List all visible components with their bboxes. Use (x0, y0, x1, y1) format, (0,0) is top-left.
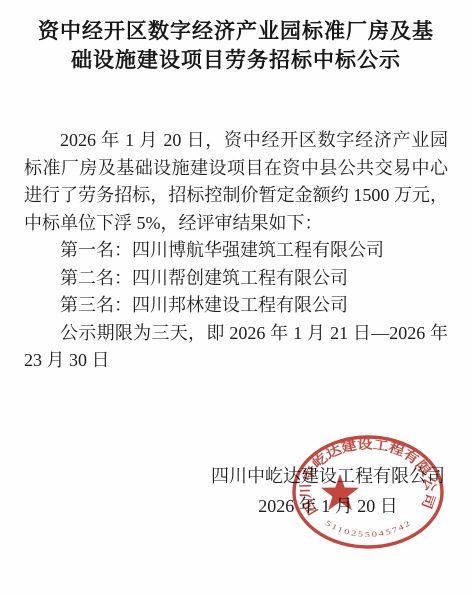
title-line-1: 资中经开区数字经济产业园标准厂房及基 (0, 17, 472, 46)
company-seal-stamp: 四川中屹达建设工程有限公司 5110255045742 (289, 432, 447, 554)
winner-rank-2: 第二名：四川帮创建筑工程有限公司 (24, 265, 448, 293)
page-title: 资中经开区数字经济产业园标准厂房及基 础设施建设项目劳务招标中标公示 (0, 0, 472, 75)
seal-serial-number: 5110255045742 (324, 518, 413, 539)
intro-paragraph: 2026 年 1 月 20 日，资中经开区数字经济产业园标准厂房及基础设施建设项… (24, 127, 448, 237)
seal-arc-text: 四川中屹达建设工程有限公司 (298, 436, 439, 517)
document-body: 2026 年 1 月 20 日，资中经开区数字经济产业园标准厂房及基础设施建设项… (24, 127, 448, 375)
title-line-2: 础设施建设项目劳务招标中标公示 (0, 46, 472, 75)
announcement-page: 资中经开区数字经济产业园标准厂房及基 础设施建设项目劳务招标中标公示 2026 … (0, 0, 472, 595)
notice-period-paragraph: 公示期限为三天，即 2026 年 1 月 21 日—2026 年 23 月 30… (24, 320, 448, 375)
star-icon (321, 474, 359, 510)
winner-rank-3: 第三名：四川邦林建设工程有限公司 (24, 292, 448, 320)
winner-rank-1: 第一名：四川博航华强建筑工程有限公司 (24, 237, 448, 265)
